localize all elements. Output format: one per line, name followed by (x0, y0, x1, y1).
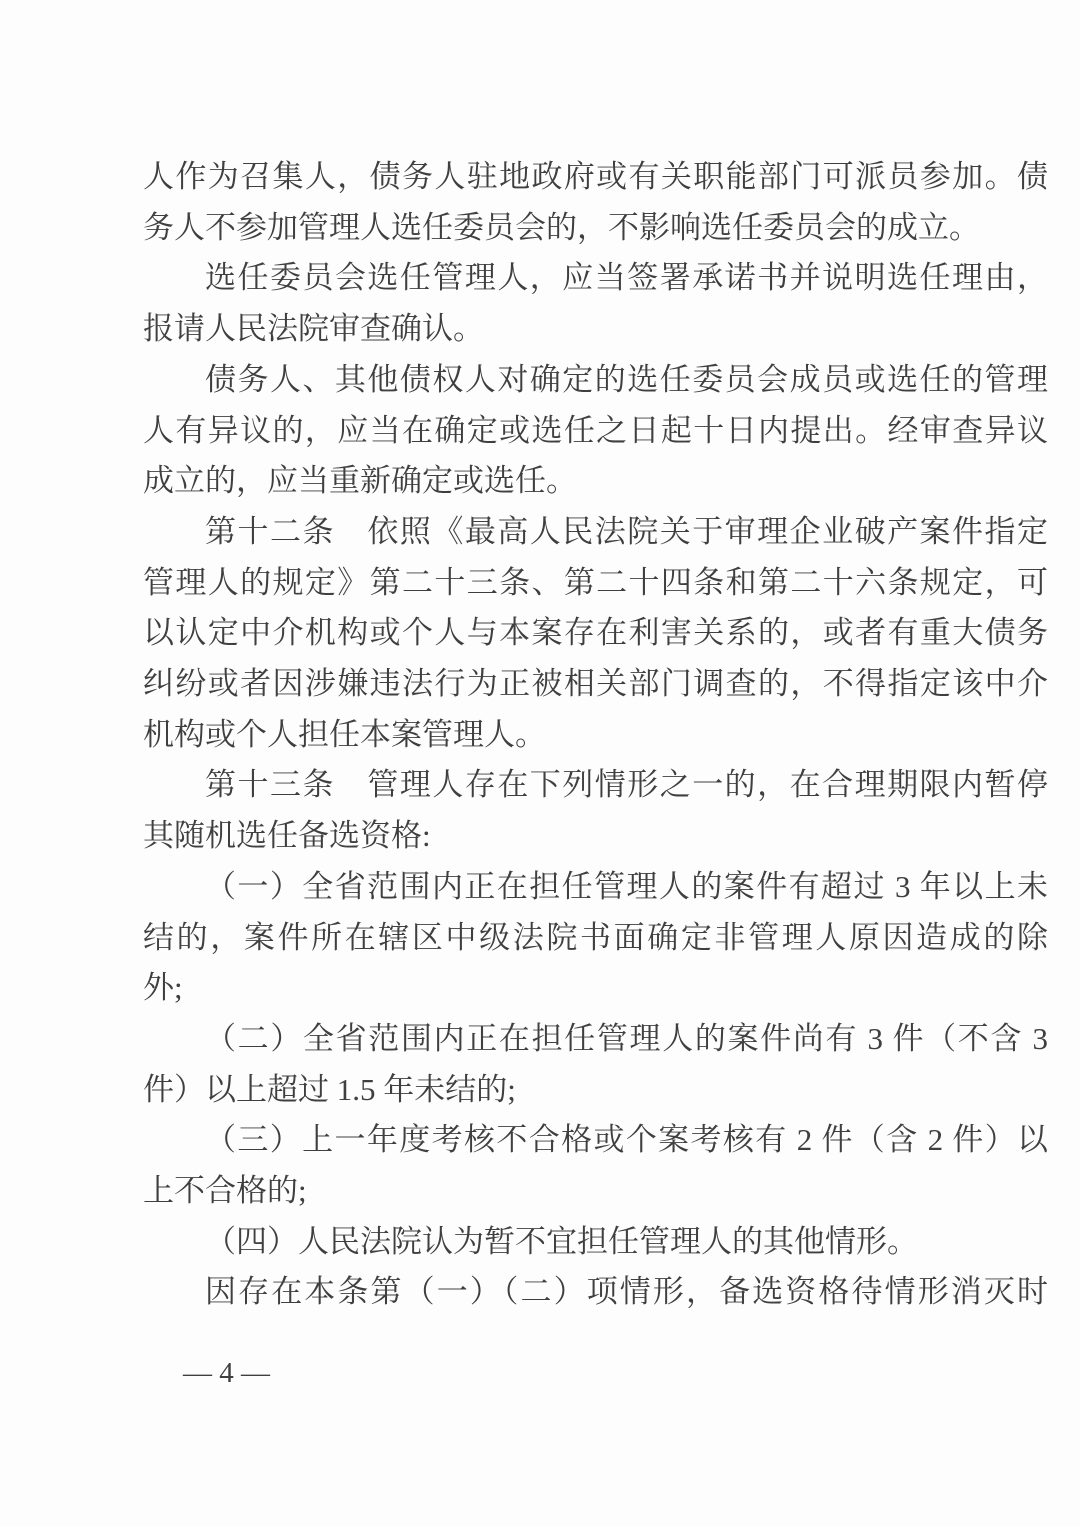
text-line: 结的，案件所在辖区中级法院书面确定非管理人原因造成的除 (143, 913, 1048, 964)
text-line: 其随机选任备选资格: (143, 811, 1048, 862)
text-line: 以认定中介机构或个人与本案存在利害关系的，或者有重大债务 (143, 608, 1048, 659)
text-line: 外; (143, 963, 1048, 1014)
paragraph: （二）全省范围内正在担任管理人的案件尚有 3 件（不含 3 件）以上超过 1.5… (143, 1014, 1048, 1115)
text-line: 人有异议的，应当在确定或选任之日起十日内提出。经审查异议 (143, 406, 1048, 457)
text-line: 件）以上超过 1.5 年未结的; (143, 1065, 1048, 1116)
text-line: 成立的，应当重新确定或选任。 (143, 456, 1048, 507)
text-line: 人作为召集人，债务人驻地政府或有关职能部门可派员参加。债 (143, 152, 1048, 203)
paragraph: 因存在本条第（一）（二）项情形，备选资格待情形消灭时 (143, 1267, 1048, 1318)
document-page: 人作为召集人，债务人驻地政府或有关职能部门可派员参加。债 务人不参加管理人选任委… (0, 0, 1080, 1527)
text-line: 报请人民法院审查确认。 (143, 304, 1048, 355)
text-line: （三）上一年度考核不合格或个案考核有 2 件（含 2 件）以 (143, 1115, 1048, 1166)
text-line: 第十三条 管理人存在下列情形之一的，在合理期限内暂停 (143, 760, 1048, 811)
paragraph: 第十三条 管理人存在下列情形之一的，在合理期限内暂停 其随机选任备选资格: (143, 760, 1048, 861)
text-line: 管理人的规定》第二十三条、第二十四条和第二十六条规定，可 (143, 558, 1048, 609)
text-line: （二）全省范围内正在担任管理人的案件尚有 3 件（不含 3 (143, 1014, 1048, 1065)
text-line: 第十二条 依照《最高人民法院关于审理企业破产案件指定 (143, 507, 1048, 558)
text-line: （一）全省范围内正在担任管理人的案件有超过 3 年以上未 (143, 862, 1048, 913)
paragraph: （三）上一年度考核不合格或个案考核有 2 件（含 2 件）以 上不合格的; (143, 1115, 1048, 1216)
text-line: 债务人、其他债权人对确定的选任委员会成员或选任的管理 (143, 355, 1048, 406)
paragraph: （一）全省范围内正在担任管理人的案件有超过 3 年以上未 结的，案件所在辖区中级… (143, 862, 1048, 1014)
text-line: 选任委员会选任管理人，应当签署承诺书并说明选任理由， (143, 253, 1048, 304)
text-line: 务人不参加管理人选任委员会的，不影响选任委员会的成立。 (143, 203, 1048, 254)
text-line: （四）人民法院认为暂不宜担任管理人的其他情形。 (143, 1217, 1048, 1268)
text-line: 因存在本条第（一）（二）项情形，备选资格待情形消灭时 (143, 1267, 1048, 1318)
paragraph: 债务人、其他债权人对确定的选任委员会成员或选任的管理 人有异议的，应当在确定或选… (143, 355, 1048, 507)
paragraph: （四）人民法院认为暂不宜担任管理人的其他情形。 (143, 1217, 1048, 1268)
text-line: 纠纷或者因涉嫌违法行为正被相关部门调查的，不得指定该中介 (143, 659, 1048, 710)
paragraph: 选任委员会选任管理人，应当签署承诺书并说明选任理由， 报请人民法院审查确认。 (143, 253, 1048, 354)
paragraph: 人作为召集人，债务人驻地政府或有关职能部门可派员参加。债 务人不参加管理人选任委… (143, 152, 1048, 253)
page-number: — 4 — (183, 1355, 270, 1391)
document-body: 人作为召集人，债务人驻地政府或有关职能部门可派员参加。债 务人不参加管理人选任委… (143, 152, 1048, 1318)
paragraph: 第十二条 依照《最高人民法院关于审理企业破产案件指定 管理人的规定》第二十三条、… (143, 507, 1048, 761)
text-line: 上不合格的; (143, 1166, 1048, 1217)
text-line: 机构或个人担任本案管理人。 (143, 710, 1048, 761)
